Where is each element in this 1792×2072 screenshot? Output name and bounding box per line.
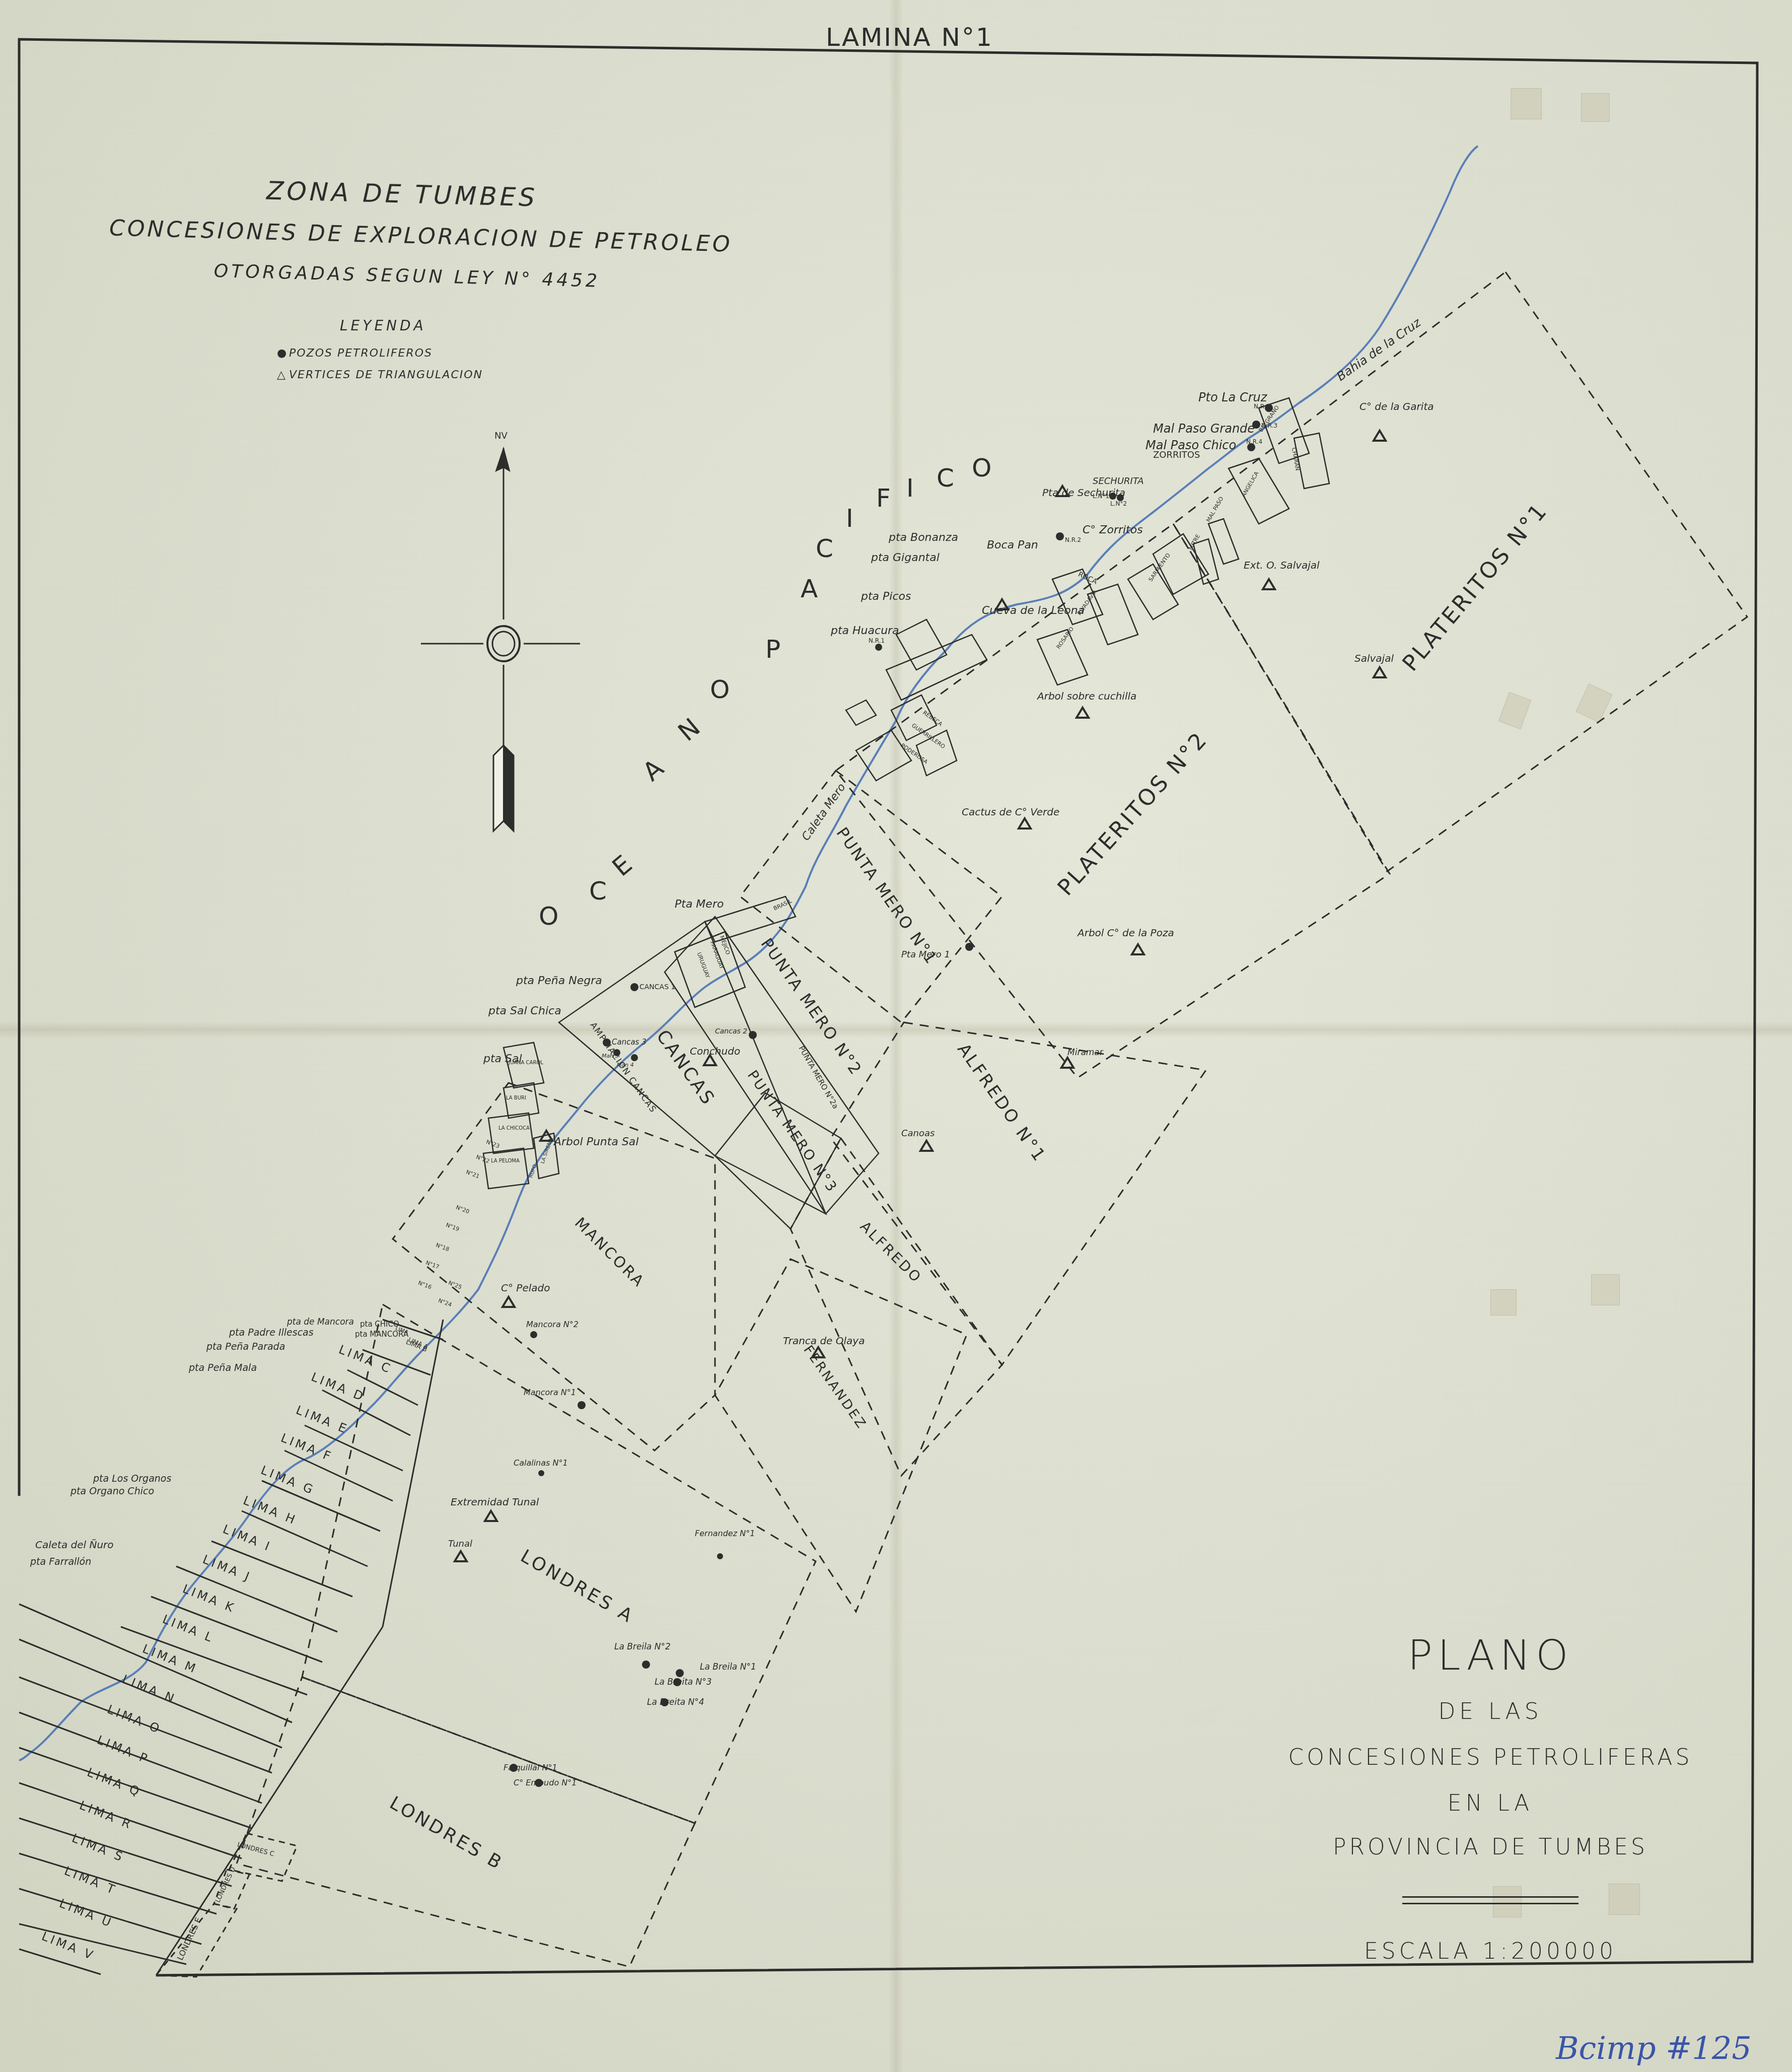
legend-heading: LEYENDA <box>340 317 483 334</box>
ocean-letter: C <box>816 534 833 563</box>
lot-label: LA BURI <box>506 1095 526 1101</box>
place-label: pta Los Organos <box>93 1473 171 1484</box>
well-label: Pta Mero 1 <box>901 949 950 960</box>
lot-label: LA CHICOCA <box>498 1126 530 1131</box>
place-label: SECHURITA <box>1093 476 1144 487</box>
place-label: pta CHICO <box>360 1320 399 1329</box>
well-label: N.R.2 <box>1065 536 1081 543</box>
vertex-label: Canoas <box>901 1128 935 1139</box>
well-label: Mancora N°2 <box>526 1320 579 1329</box>
place-label: Pta de Sechurita <box>1042 487 1125 499</box>
place-label: pta Peña Mala <box>189 1362 257 1373</box>
legend-label: POZOS PETROLIFEROS <box>289 347 433 360</box>
well-label: Fernandez N°1 <box>695 1529 755 1538</box>
vertex-label: Tranca de Olaya <box>783 1335 865 1347</box>
vertex-label: Cactus de C° Verde <box>962 806 1059 818</box>
vertex-label: Miramar <box>1067 1048 1103 1058</box>
well-label: La Breila N°1 <box>700 1662 756 1672</box>
well-label: Mancora N°1 <box>524 1388 576 1397</box>
well-label: Cancas 3 <box>612 1038 647 1047</box>
well-label: N.R.5 <box>1254 403 1270 410</box>
title-subject: CONCESIONES DE EXPLORACION DE PETROLEO <box>109 215 739 257</box>
place-label: pta Organo Chico <box>70 1486 154 1497</box>
concession-fernandez <box>715 1259 967 1612</box>
place-label: Mal Paso Grande <box>1153 422 1255 436</box>
ocean-letter: I <box>846 504 853 533</box>
lot-label: LA PELOMA <box>491 1158 520 1164</box>
cartouche-line: CONCESIONES PETROLIFERAS <box>1274 1745 1707 1770</box>
catalog-mark: Bcimp #125 <box>1556 2030 1752 2066</box>
concession-londres-b <box>237 1677 695 1967</box>
triangulation-triangle-icon: △ <box>277 369 286 381</box>
place-label: pta Padre Illescas <box>229 1327 314 1338</box>
vertex-label: Conchudo <box>690 1045 740 1057</box>
ocean-letter: O <box>539 902 558 931</box>
cartouche-line: PROVINCIA DE TUMBES <box>1274 1834 1707 1860</box>
place-label: pta Bonanza <box>889 531 958 544</box>
coastal-lots-north <box>846 398 1329 781</box>
vertex-label: Salvajal <box>1354 652 1394 664</box>
ocean-letter: O <box>710 675 730 704</box>
vertex-label: C° Pelado <box>501 1282 550 1294</box>
well-label: CANCAS 1 <box>639 983 675 991</box>
well-label: L.N°2 <box>1110 500 1127 507</box>
well-label: La Breita N°3 <box>655 1677 712 1687</box>
cartouche: PLANO DE LAS CONCESIONES PETROLIFERAS EN… <box>1274 1632 1707 1964</box>
legend-item-vertices: △ VERTICES DE TRIANGULACION <box>277 369 483 381</box>
concession-alfredo-1 <box>831 1022 1206 1365</box>
vertex-label: Tunal <box>448 1539 472 1549</box>
ocean-letter: C <box>589 876 607 906</box>
cartouche-rule <box>1402 1896 1579 1904</box>
place-label: Caleta del Ñuro <box>35 1539 114 1551</box>
place-label: pta Farrallón <box>30 1556 91 1567</box>
place-label: Pto La Cruz <box>1198 390 1267 404</box>
ocean-letter: F <box>876 484 891 513</box>
concession-plateritos-1 <box>1173 272 1747 871</box>
place-label: pta Peña Parada <box>206 1341 285 1352</box>
ocean-letter: O <box>972 453 991 482</box>
place-label: pta de Mancora <box>287 1317 354 1327</box>
well-label: Man 4 <box>617 1062 634 1068</box>
well-label: N.R.1 <box>869 637 885 644</box>
place-label: pta Picos <box>861 590 911 603</box>
map-scale: ESCALA 1:200000 <box>1274 1939 1707 1964</box>
cartouche-title: PLANO <box>1274 1632 1707 1680</box>
ocean-letter: P <box>765 635 780 664</box>
well-label: La Breila N°2 <box>614 1642 671 1652</box>
vertex-label: Arbol sobre cuchilla <box>1037 690 1136 702</box>
compass-label: NV <box>494 431 508 441</box>
legend-item-wells: ● POZOS PETROLIFEROS <box>277 347 483 360</box>
coastline <box>19 146 1478 1760</box>
ocean-letter: C <box>937 463 954 493</box>
vertex-label: Cueva de la Leona <box>982 604 1085 617</box>
vertex-label: Extremidad Tunal <box>451 1496 539 1508</box>
place-label: pta Huacura <box>831 625 899 637</box>
vertex-label: C° Zorritos <box>1083 524 1143 536</box>
oil-well-dot-icon: ● <box>277 347 286 360</box>
place-label: Pta Mero <box>675 898 724 911</box>
vertex-label: Arbol Punta Sal <box>554 1136 638 1148</box>
well-label: Cancas 2 <box>715 1027 747 1035</box>
triangulation-vertices <box>455 431 1386 1561</box>
cartouche-line: EN LA <box>1274 1790 1707 1816</box>
well-label: Man 3 <box>602 1053 619 1059</box>
concession-plateritos-2 <box>836 524 1390 1078</box>
concession-londres-e <box>156 1904 237 1977</box>
lot-label: JUANA CAROL <box>509 1060 543 1066</box>
cartouche-line: DE LAS <box>1274 1699 1707 1724</box>
compass-rose <box>421 448 580 831</box>
vertex-label: Ext. O. Salvajal <box>1244 559 1320 571</box>
ocean-letter: A <box>801 574 818 603</box>
ocean-letter: I <box>906 473 914 503</box>
well-label: L.N°1 <box>1093 493 1109 500</box>
sheet-label: LAMINA N°1 <box>826 23 993 52</box>
well-label: La Breita N°4 <box>647 1697 704 1707</box>
oil-wells <box>510 404 1273 1787</box>
vertex-label: Arbol C° de la Poza <box>1078 927 1174 939</box>
legend: LEYENDA ● POZOS PETROLIFEROS △ VERTICES … <box>277 317 483 390</box>
legend-label: VERTICES DE TRIANGULACION <box>289 369 483 381</box>
well-label: N.R.3 <box>1261 422 1277 429</box>
place-label: pta Gigantal <box>871 551 940 564</box>
place-label: Boca Pan <box>987 539 1038 551</box>
map-title-block: ZONA DE TUMBES CONCESIONES DE EXPLORACIO… <box>83 171 740 295</box>
place-label: ZORRITOS <box>1153 450 1200 460</box>
well-label: Faiquillal N°1 <box>504 1763 557 1772</box>
place-label: pta Peña Negra <box>516 975 602 987</box>
well-label: C° Embudo N°1 <box>514 1778 577 1787</box>
well-label: Calalinas N°1 <box>514 1458 568 1468</box>
place-label: pta Sal Chica <box>488 1005 561 1017</box>
well-label: N.R.4 <box>1246 438 1262 445</box>
vertex-label: C° de la Garita <box>1359 400 1433 412</box>
